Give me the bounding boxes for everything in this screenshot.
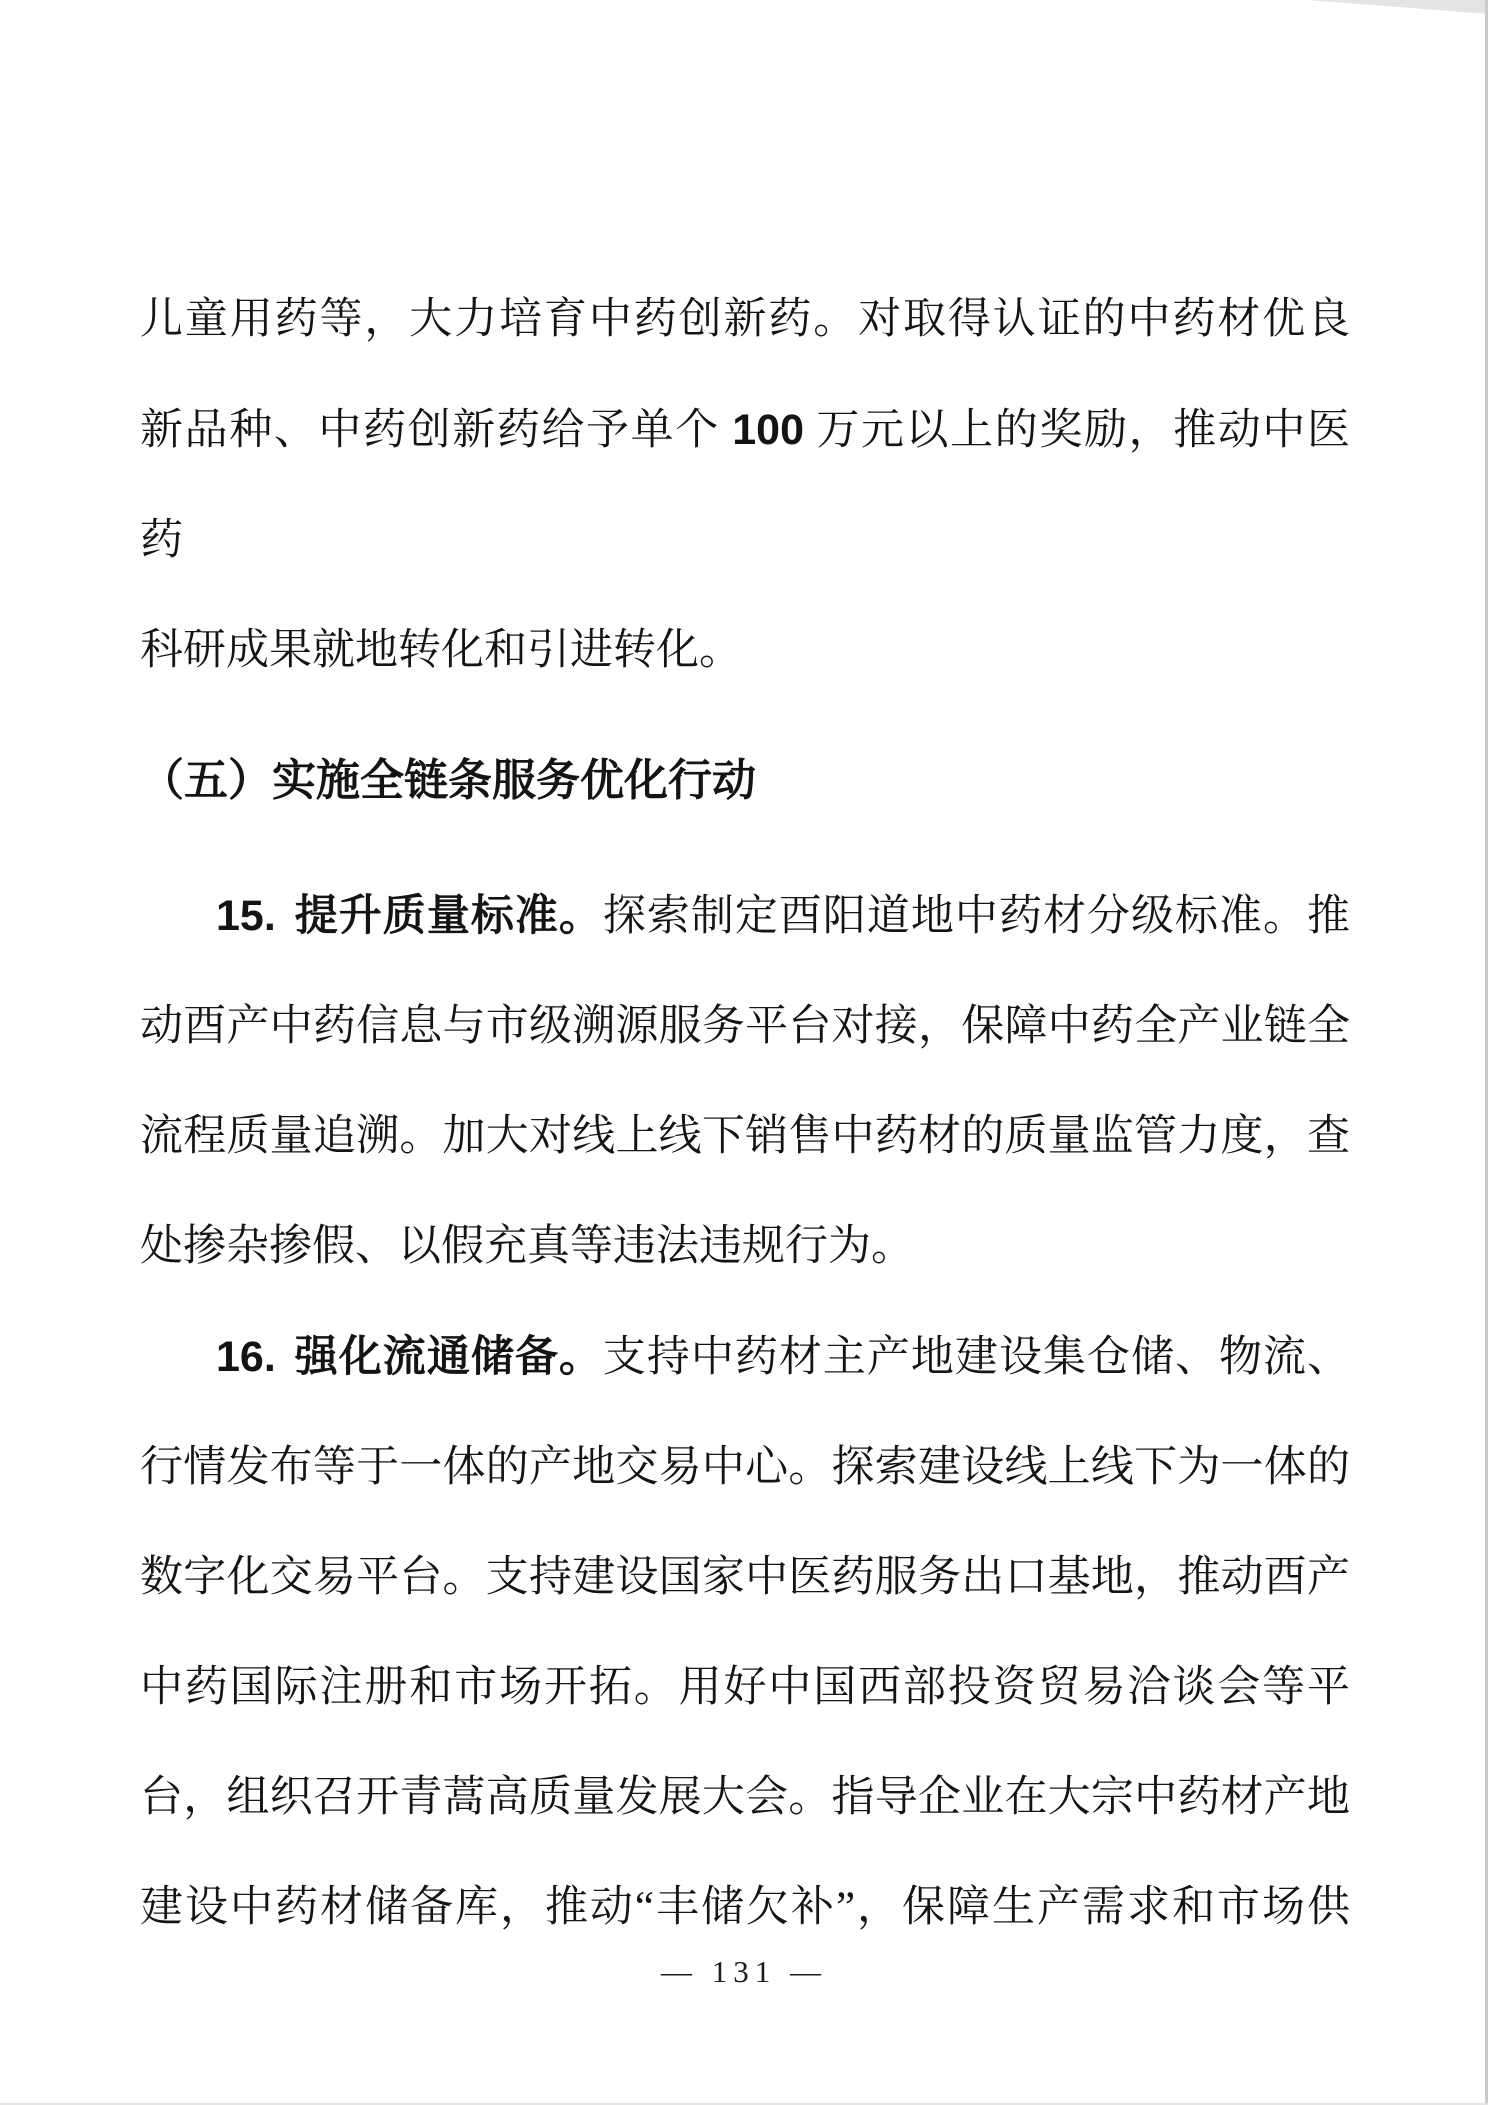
- body-line: 数字化交易平台。支持建设国家中医药服务出口基地，推动酉产: [140, 1523, 1350, 1633]
- item-title: 提升质量标准。: [294, 892, 603, 940]
- body-line: 新品种、中药创新药给予单个 100 万元以上的奖励，推动中医药: [140, 375, 1350, 596]
- body-text: 支持中药材主产地建设集仓储、物流、: [603, 1334, 1350, 1381]
- scan-corner-artifact: [1308, 0, 1488, 14]
- body-line: 行情发布等于一体的产地交易中心。探索建设线上线下为一体的: [140, 1413, 1350, 1523]
- body-text: 新品种、中药创新药给予单个: [140, 407, 732, 454]
- section-heading: （五）实施全链条服务优化行动: [140, 726, 1350, 836]
- body-line: 台，组织召开青蒿高质量发展大会。指导企业在大宗中药材产地: [140, 1743, 1350, 1853]
- body-line: 动酉产中药信息与市级溯源服务平台对接，保障中药全产业链全: [140, 972, 1350, 1082]
- item-number: 16.: [216, 1333, 276, 1381]
- body-line: 15.提升质量标准。探索制定酉阳道地中药材分级标准。推: [140, 861, 1350, 972]
- award-amount-number: 100: [732, 406, 804, 454]
- body-line: 处掺杂掺假、以假充真等违法违规行为。: [140, 1192, 1350, 1302]
- page-content: 儿童用药等，大力培育中药创新药。对取得认证的中药材优良 新品种、中药创新药给予单…: [140, 265, 1350, 1963]
- body-line: 16.强化流通储备。支持中药材主产地建设集仓储、物流、: [140, 1302, 1350, 1413]
- body-line: 流程质量追溯。加大对线上线下销售中药材的质量监管力度，查: [140, 1082, 1350, 1192]
- body-line: 中药国际注册和市场开拓。用好中国西部投资贸易洽谈会等平: [140, 1633, 1350, 1743]
- page-number: — 131 —: [0, 1952, 1488, 1992]
- body-line: 儿童用药等，大力培育中药创新药。对取得认证的中药材优良: [140, 265, 1350, 375]
- item-title: 强化流通储备。: [294, 1333, 603, 1381]
- body-text: 探索制定酉阳道地中药材分级标准。推: [603, 893, 1350, 940]
- item-number: 15.: [216, 892, 276, 940]
- document-page: 儿童用药等，大力培育中药创新药。对取得认证的中药材优良 新品种、中药创新药给予单…: [0, 0, 1488, 2105]
- body-line: 建设中药材储备库，推动“丰储欠补”，保障生产需求和市场供: [140, 1853, 1350, 1963]
- body-line: 科研成果就地转化和引进转化。: [140, 596, 1350, 706]
